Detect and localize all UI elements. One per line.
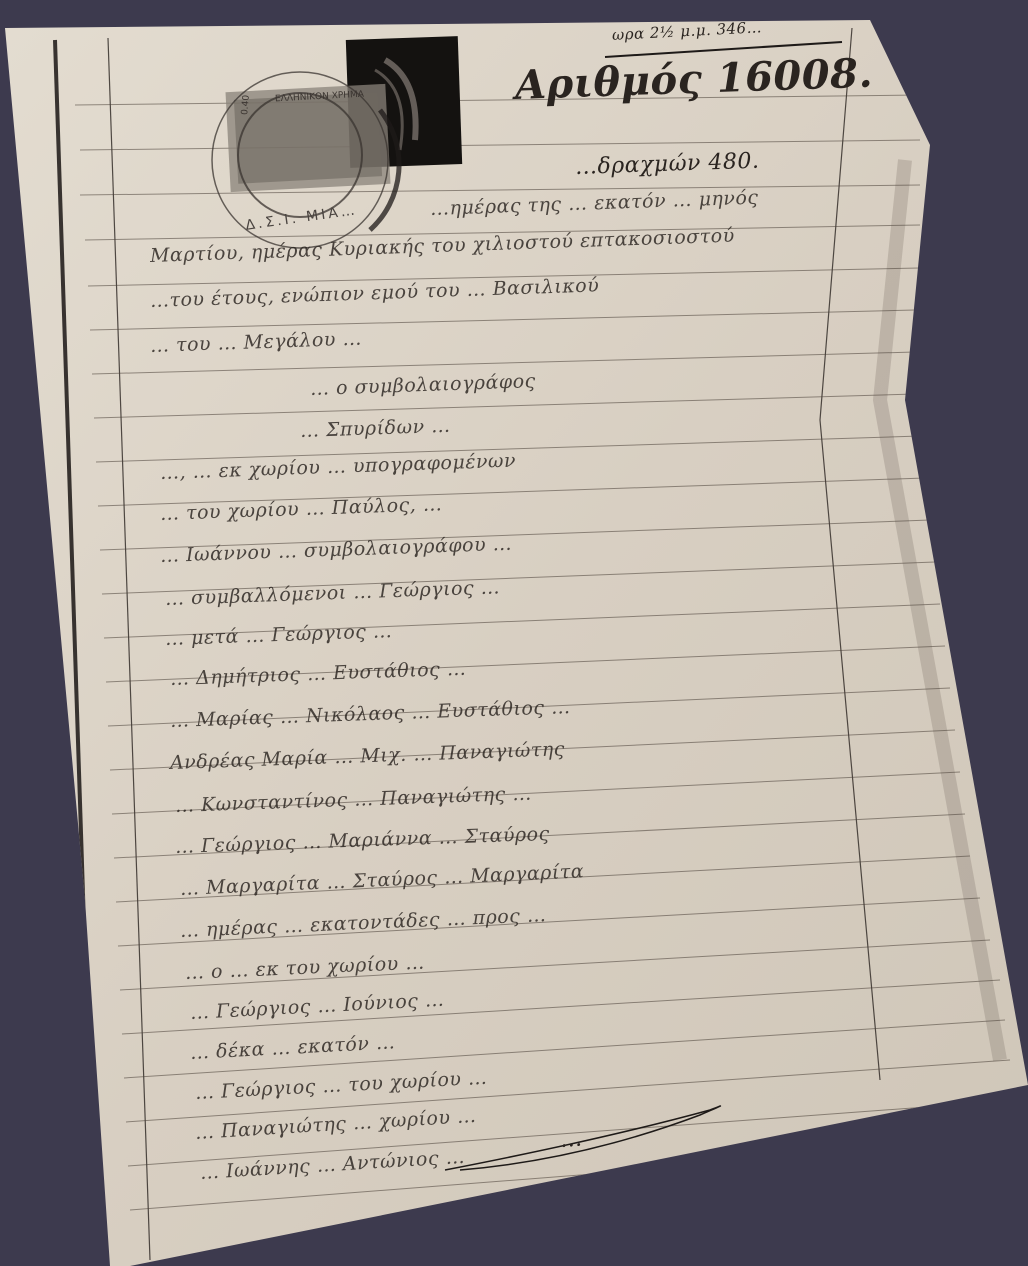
revenue-stamp-value: 0.40 xyxy=(240,95,252,116)
signature: … xyxy=(559,1126,583,1153)
document-photo xyxy=(0,0,1028,1266)
